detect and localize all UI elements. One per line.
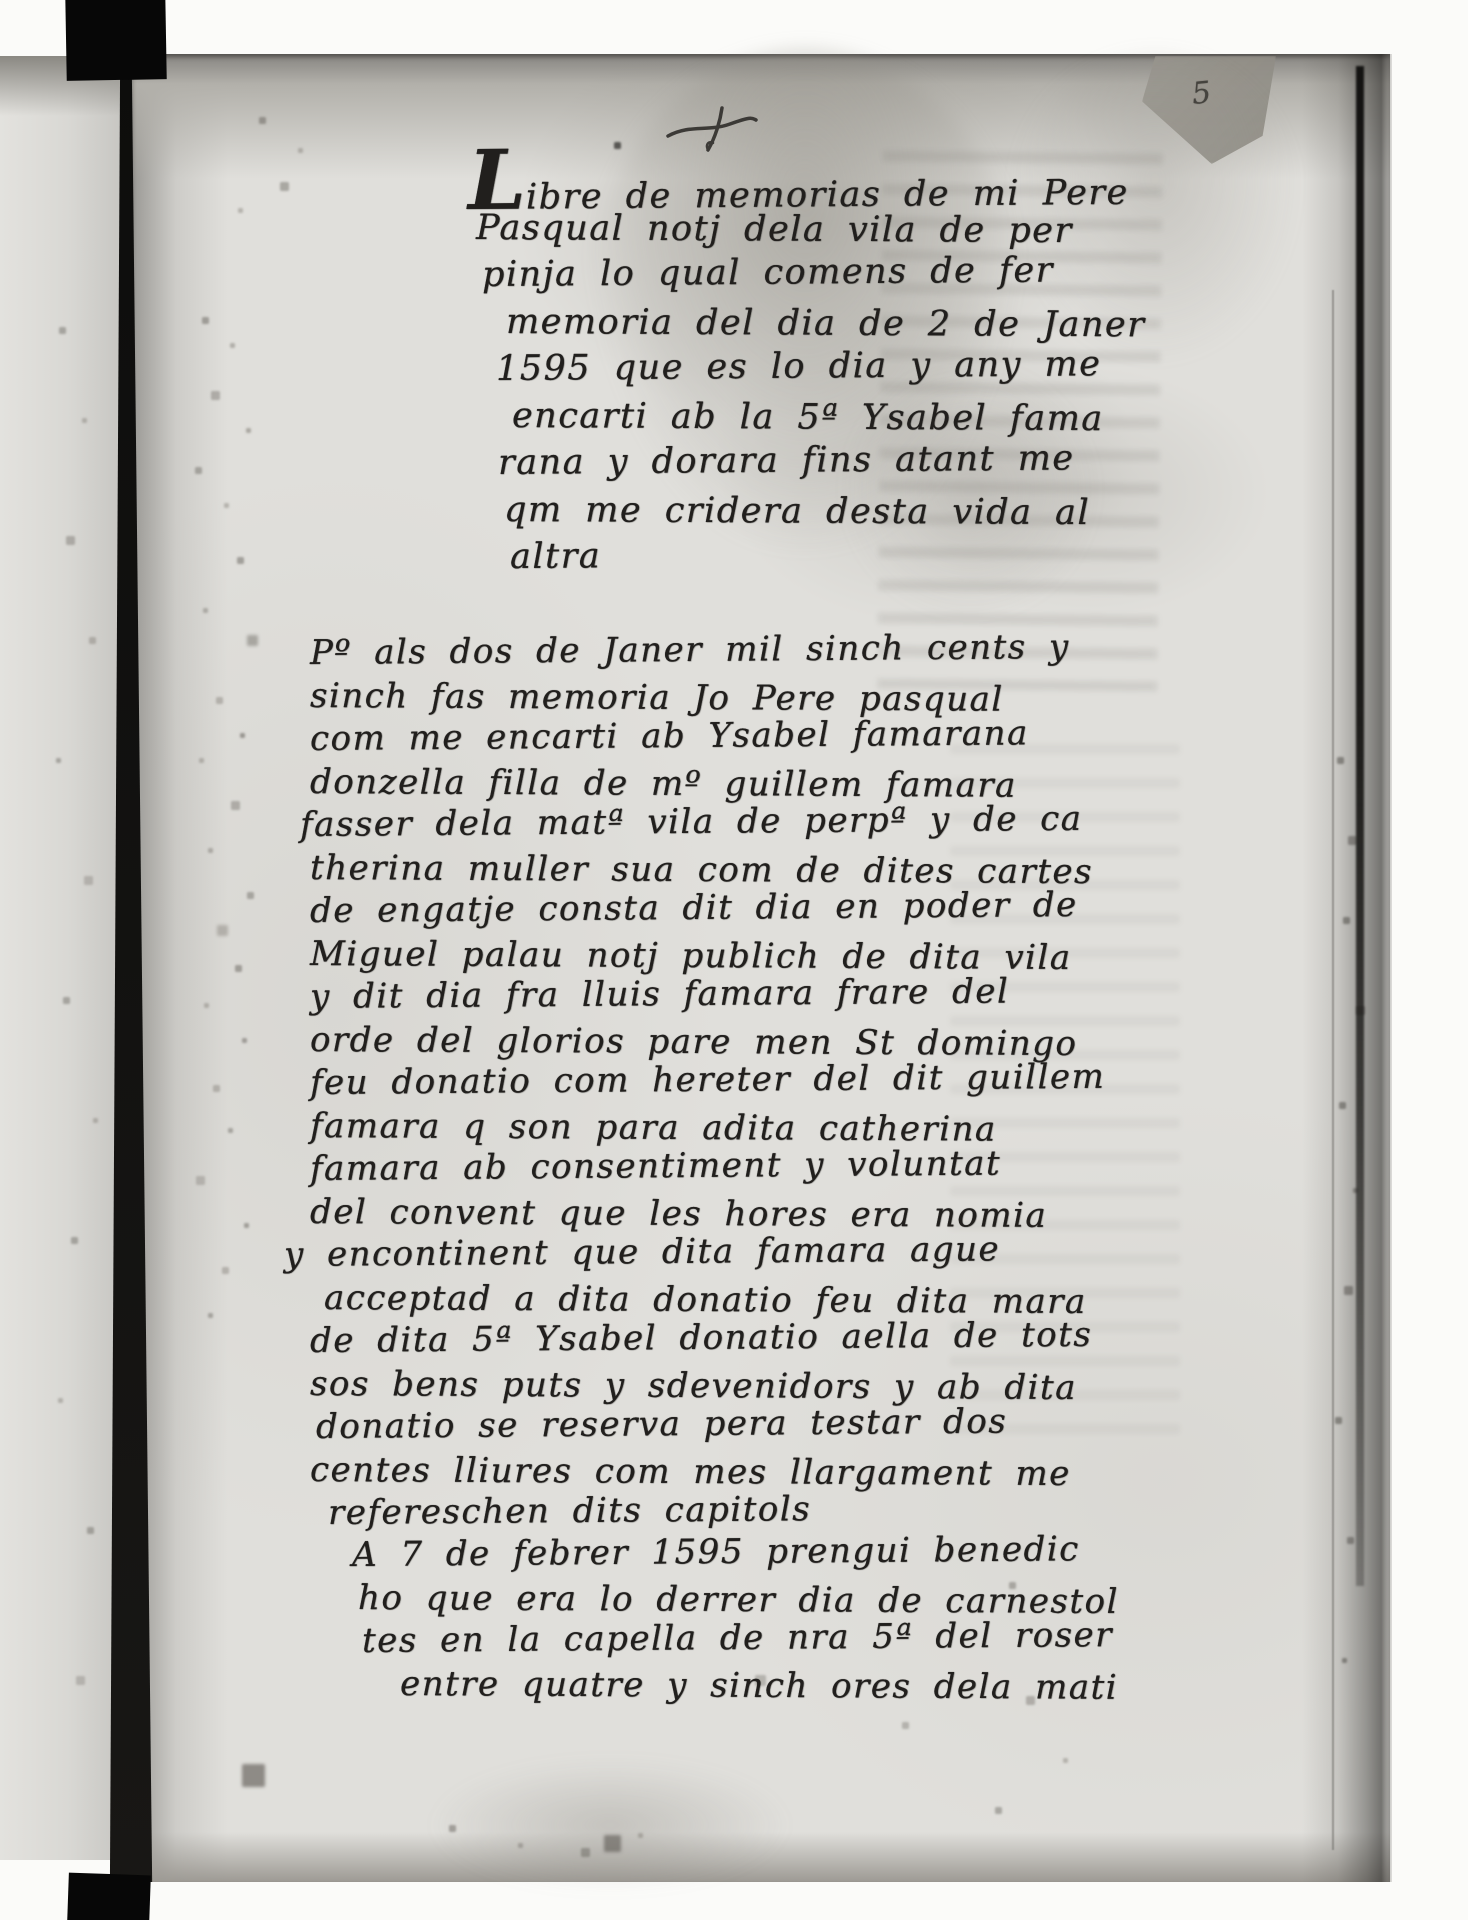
manuscript-line: 1595 que es lo dia y any me bbox=[496, 341, 1146, 393]
damp-stain bbox=[430, 1760, 790, 1890]
folio-number: 5 bbox=[1190, 75, 1213, 112]
manuscript-line: refereschen dits capitols bbox=[328, 1486, 1106, 1535]
manuscript-line: pinja lo qual comens de fer bbox=[482, 247, 1146, 299]
manuscript-line: Libre de memorias de mi Pere bbox=[468, 153, 1146, 205]
manuscript-line: altra bbox=[510, 529, 1146, 581]
manuscript-line: y dit dia fra lluis famara frare del bbox=[310, 970, 1106, 1019]
manuscript-line: de dita 5ª Ysabel donatio aella de tots bbox=[310, 1314, 1106, 1363]
manuscript-line: famara ab consentiment y voluntat bbox=[310, 1142, 1106, 1191]
foxing-speckles bbox=[0, 0, 1, 1]
manuscript-line: A 7 de febrer 1595 prengui benedic bbox=[352, 1528, 1119, 1577]
entry-paragraph: A 7 de febrer 1595 prengui benedic ho qu… bbox=[352, 1534, 1119, 1706]
manuscript-line: y encontinent que dita famara ague bbox=[284, 1228, 1106, 1277]
vertical-crease bbox=[1332, 290, 1334, 1850]
page-edge-shading bbox=[1302, 54, 1392, 1882]
manuscript-line: rana y dorara fins atant me bbox=[498, 435, 1146, 487]
folio-stack-edge bbox=[1356, 66, 1364, 1586]
manuscript-line: donatio se reserva pera testar dos bbox=[316, 1400, 1106, 1449]
invocation-mark-icon bbox=[664, 104, 760, 152]
manuscript-line: Pº als dos de Janer mil sinch cents y bbox=[310, 626, 1106, 675]
binding-tab-top bbox=[65, 0, 166, 81]
title-paragraph: Libre de memorias de mi Pere Pasqual not… bbox=[468, 158, 1145, 581]
manuscript-line: com me encarti ab Ysabel famarana bbox=[310, 712, 1106, 761]
binding-tab-bottom bbox=[67, 1873, 151, 1920]
body-paragraph: Pº als dos de Janer mil sinch cents y si… bbox=[310, 632, 1105, 1535]
manuscript-line: fasser dela matª vila de perpª y de ca bbox=[300, 798, 1106, 847]
manuscript-photo: 5 Libre de memorias de mi Pere Pasqual n… bbox=[0, 0, 1468, 1920]
facing-page-strip bbox=[0, 56, 122, 1860]
manuscript-line: feu donatio com hereter del dit guillem bbox=[310, 1056, 1106, 1105]
manuscript-line: tes en la capella de nra 5ª del roser bbox=[362, 1614, 1119, 1663]
manuscript-line: entre quatre y sinch ores dela mati bbox=[400, 1663, 1119, 1710]
manuscript-line: de engatje consta dit dia en poder de bbox=[310, 884, 1106, 933]
